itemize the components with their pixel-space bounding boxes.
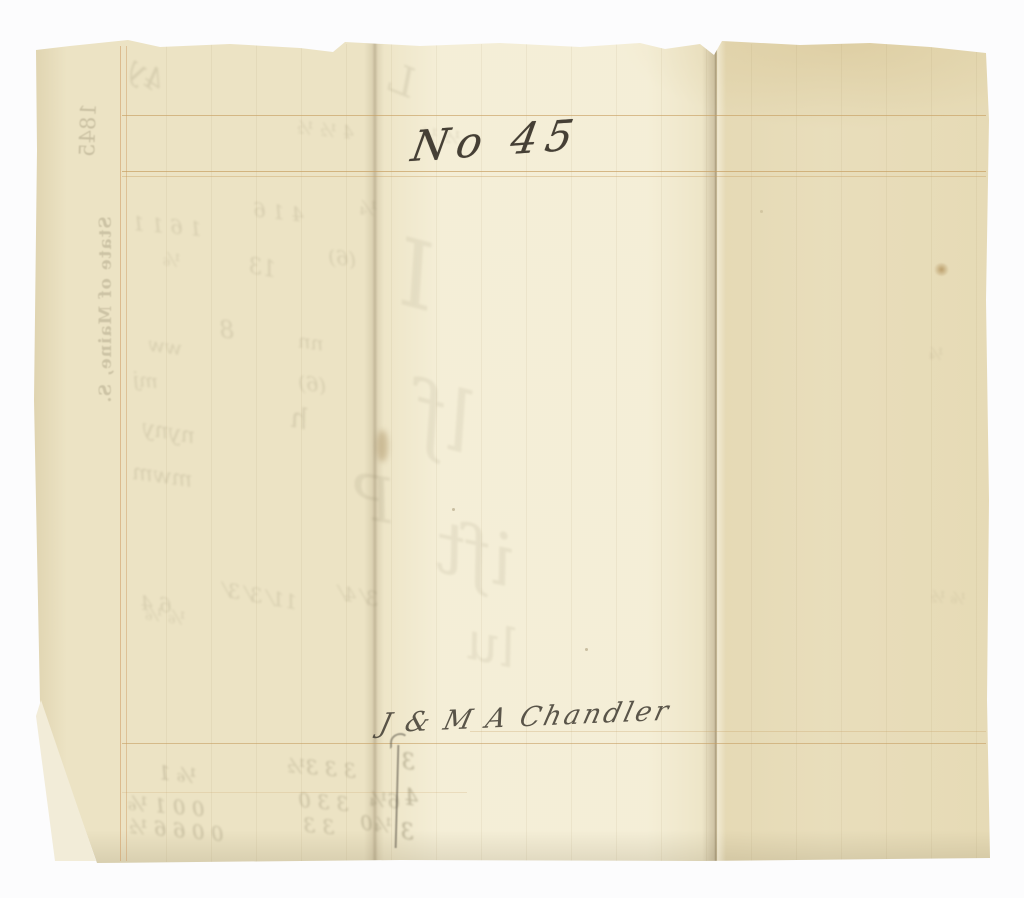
fold-crease-left — [364, 40, 384, 865]
bleed-mark: P — [346, 459, 400, 538]
fold-crease-right-highlight — [717, 40, 726, 862]
bleed-mark: mwm — [131, 460, 194, 493]
bleed-mark: 3 — [398, 819, 415, 846]
bleed-mark: I — [385, 219, 448, 332]
fold-crease-left-line — [374, 40, 376, 865]
bleed-mark: mj — [132, 367, 160, 393]
bleed-mark: 3 3 — [302, 813, 336, 840]
bleed-mark: (6) — [297, 371, 327, 397]
bleed-mark: nyny — [140, 416, 197, 450]
bleedthrough-state-stamp: State of Maine, S. — [96, 210, 116, 410]
bleed-mark: lf — [405, 366, 484, 472]
signature: J & M A Chandler — [376, 695, 674, 739]
bleed-mark: L — [380, 55, 422, 108]
margin-line-outer — [120, 46, 121, 861]
bleed-mark: 11⁄ 3⁄ 3⁄ — [222, 578, 299, 614]
faint-column-rules — [122, 44, 986, 862]
bleed-mark: 4 — [402, 785, 419, 812]
paper-shading-right-panel — [716, 40, 990, 865]
margin-line-inner — [126, 46, 127, 861]
bleed-mark: (6) — [327, 245, 357, 271]
bleed-mark: 4y — [121, 51, 171, 100]
bleed-mark: lu — [460, 611, 522, 680]
bleed-mark: ⅙ 1 — [157, 760, 198, 788]
bleed-mark: ¼ — [357, 195, 378, 221]
fold-crease-right-line — [715, 40, 717, 862]
bleed-mark: 8 — [218, 315, 236, 344]
bleed-mark: 6 4 — [139, 590, 173, 617]
paper-shading-top-right — [620, 40, 990, 130]
bleed-mark: nn — [296, 328, 325, 355]
bleed-mark: 4 ½ ½ — [295, 117, 355, 144]
rule-line-header-bottom-b — [122, 176, 986, 177]
bleed-mark: 3 3 3½ — [285, 753, 357, 783]
fold-crease-right — [702, 40, 716, 865]
rule-line-header-bottom-a — [122, 171, 986, 172]
stain-spot — [934, 263, 949, 276]
rule-line-footer-partial — [122, 792, 467, 793]
bleed-mark: ¼0 — [359, 810, 393, 837]
bleed-mark: 0 0 6 6 ½ — [127, 814, 224, 846]
bleedthrough-year: 1845 — [75, 100, 101, 161]
stain-smear — [377, 430, 388, 462]
speckle — [585, 648, 588, 651]
paper-sheet: 1845 State of Maine, S. 4yL4 ½ ½½ ½1 6 1… — [0, 0, 1024, 898]
bleed-mark: 3⁄ 4⁄ — [338, 581, 380, 611]
bleedthrough-ink-column-line — [395, 745, 400, 848]
speckle — [452, 508, 455, 511]
bleed-mark: 13 — [246, 254, 278, 283]
paper-shading-bottom-edge — [33, 830, 990, 865]
bleed-mark: ww — [146, 332, 183, 361]
bleed-mark: h — [287, 400, 312, 436]
bleed-mark: ⅙ — [162, 249, 182, 272]
bleed-mark: 0 0 1 ⅙ — [127, 791, 205, 822]
bleed-mark: ¼ — [927, 343, 944, 363]
bleed-mark: ⅙ ½ — [929, 586, 967, 608]
bleed-mark: 1 6 1 1 — [131, 211, 203, 241]
bleed-mark: 6¼ — [367, 786, 401, 813]
scan-background: { "document": { "number_label": "No 45",… — [0, 0, 1024, 898]
rule-line-footer-main — [122, 743, 986, 744]
document-number: No 45 — [408, 110, 585, 172]
bleed-mark: 4 1 6 — [252, 197, 305, 226]
bleed-mark: ⅙ ⅙ — [144, 603, 187, 629]
bleed-mark: 3 — [399, 749, 416, 776]
bleed-mark: ift — [428, 505, 522, 604]
speckle — [760, 210, 763, 213]
